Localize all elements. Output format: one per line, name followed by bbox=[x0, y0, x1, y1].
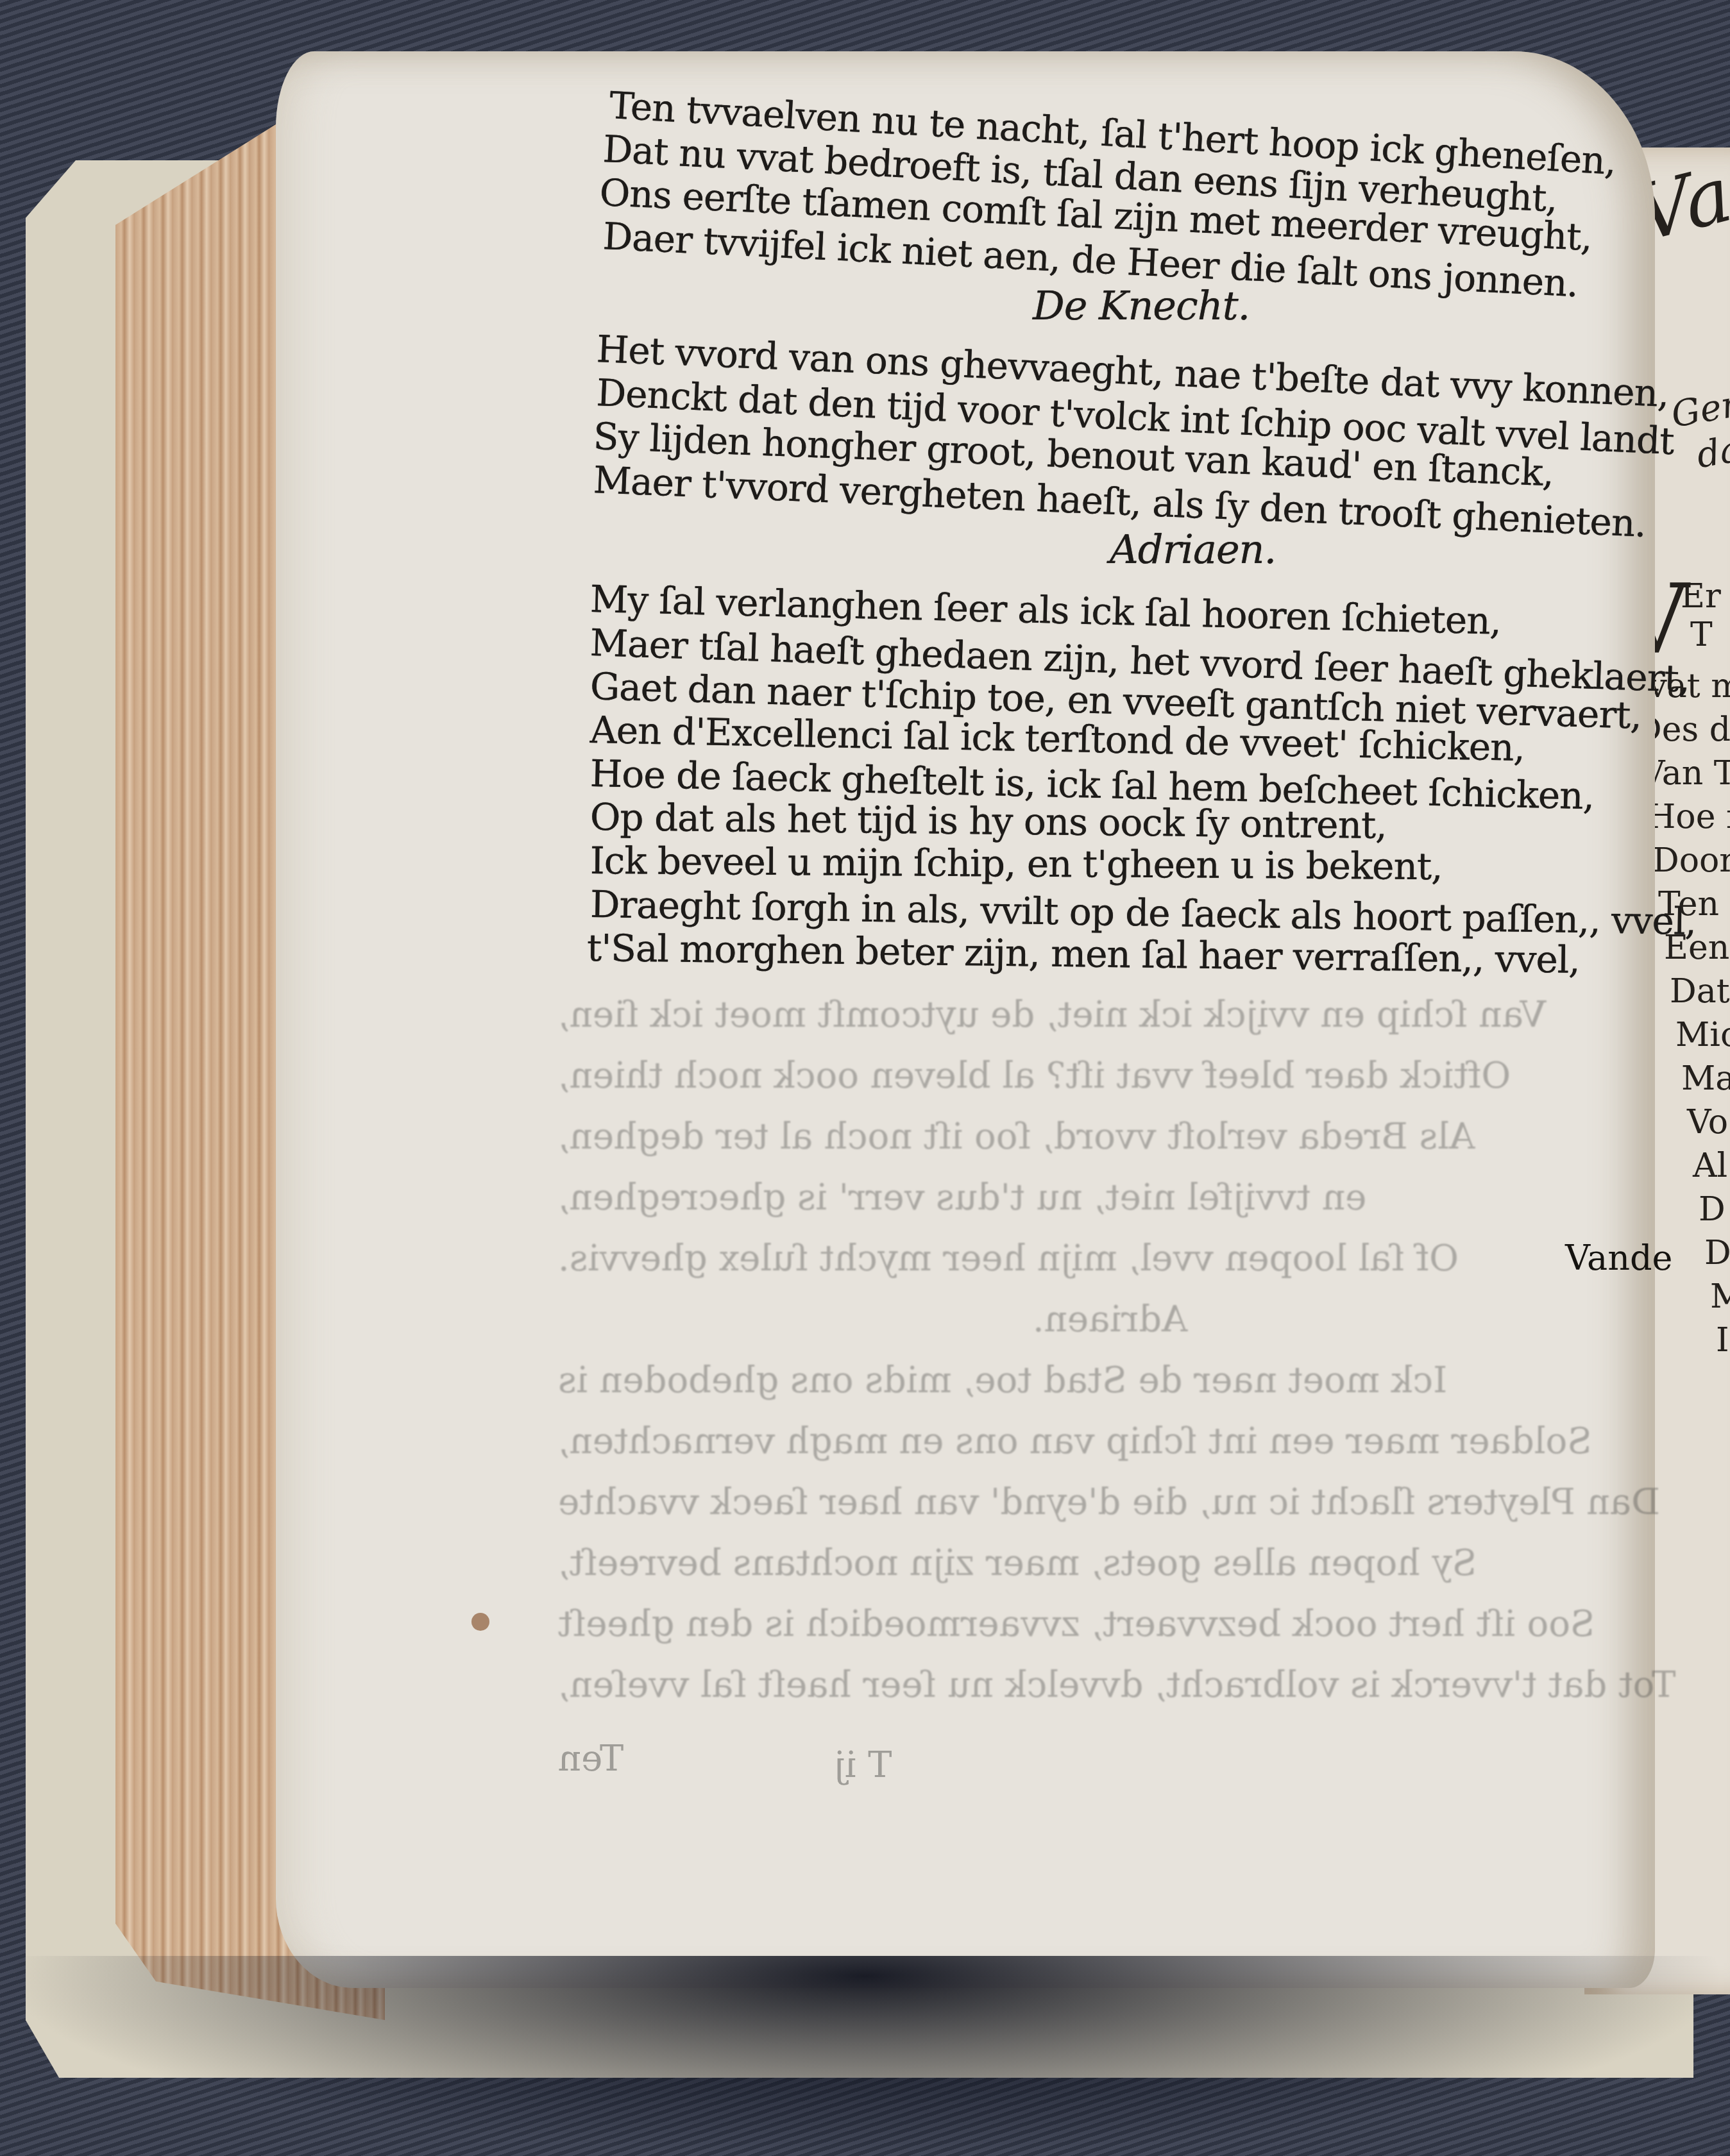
speaker-heading: Adriaen. bbox=[1110, 526, 1276, 573]
speaker-heading: De Knecht. bbox=[1033, 282, 1250, 329]
right-page-second-line-fragment: T bbox=[1690, 616, 1713, 654]
right-page-line-start: M bbox=[1710, 1277, 1730, 1316]
show-through-line: Als Breda verloſt vvord, ſoo iſt noch al… bbox=[558, 1116, 1475, 1158]
show-through-line: Dan Pleyters ſlacht ic nu, die d'eynd' v… bbox=[558, 1481, 1660, 1523]
right-page-subtitle-line-2: dae bbox=[1693, 425, 1730, 477]
foxing-spot bbox=[471, 1613, 489, 1631]
show-through-line: Sy hopen alles goets, maer zijn nochtans… bbox=[558, 1542, 1477, 1584]
right-page-subtitle-line-1: Genee bbox=[1668, 375, 1730, 436]
left-page: Van ſchip en vvijck ick niet, de uytcomſ… bbox=[276, 51, 1655, 1988]
show-through-catchword: Ten bbox=[558, 1738, 623, 1780]
right-page-line-start: Ma bbox=[1681, 1059, 1730, 1098]
show-through-signature: T ij bbox=[834, 1744, 892, 1786]
show-through-line: Oftick daer bleef vvat iſt? al bleven oo… bbox=[558, 1055, 1511, 1097]
show-through-line: Of ſal loopen vvel, mijn heer mycht ſule… bbox=[558, 1238, 1459, 1279]
verse-line: Ick beveel u mijn ſchip, en t'gheen u is… bbox=[590, 839, 1443, 888]
book-shadow bbox=[0, 1956, 1730, 2156]
right-page-line-start: D bbox=[1699, 1190, 1726, 1229]
show-through-line: Ick moet naer de Stad toe, mids ons gheb… bbox=[558, 1360, 1447, 1401]
right-page-line-start: Mic bbox=[1675, 1016, 1730, 1054]
show-through-line: en tvvijfel niet, nu t'dus verr' is ghec… bbox=[558, 1177, 1366, 1218]
right-page-first-line-fragment: Er bbox=[1681, 577, 1721, 616]
catchword: Vande bbox=[1565, 1238, 1673, 1278]
right-page-line-start: D bbox=[1704, 1234, 1730, 1272]
right-page-line-start: Dat bbox=[1670, 972, 1730, 1011]
right-page-line-start: Door bbox=[1652, 841, 1730, 880]
show-through-line: Adriaen. bbox=[1033, 1299, 1187, 1340]
right-page-line-start: I bbox=[1716, 1321, 1729, 1360]
show-through-line: Soldaer maer een int ſchip van ons en ma… bbox=[558, 1420, 1592, 1462]
show-through-line: Van ſchip en vvijck ick niet, de uytcomſ… bbox=[558, 994, 1546, 1036]
show-through-line: Soo iſt hert oock bezvvaert, zvvaermoedi… bbox=[558, 1603, 1595, 1645]
right-page-line-start: Vo bbox=[1687, 1103, 1728, 1141]
right-page-line-start: Al bbox=[1693, 1147, 1727, 1185]
right-page-line-start: Hoe ſ bbox=[1647, 798, 1730, 836]
show-through-line: Tot dat t'vverck is volbracht, dvvelck n… bbox=[558, 1664, 1675, 1706]
